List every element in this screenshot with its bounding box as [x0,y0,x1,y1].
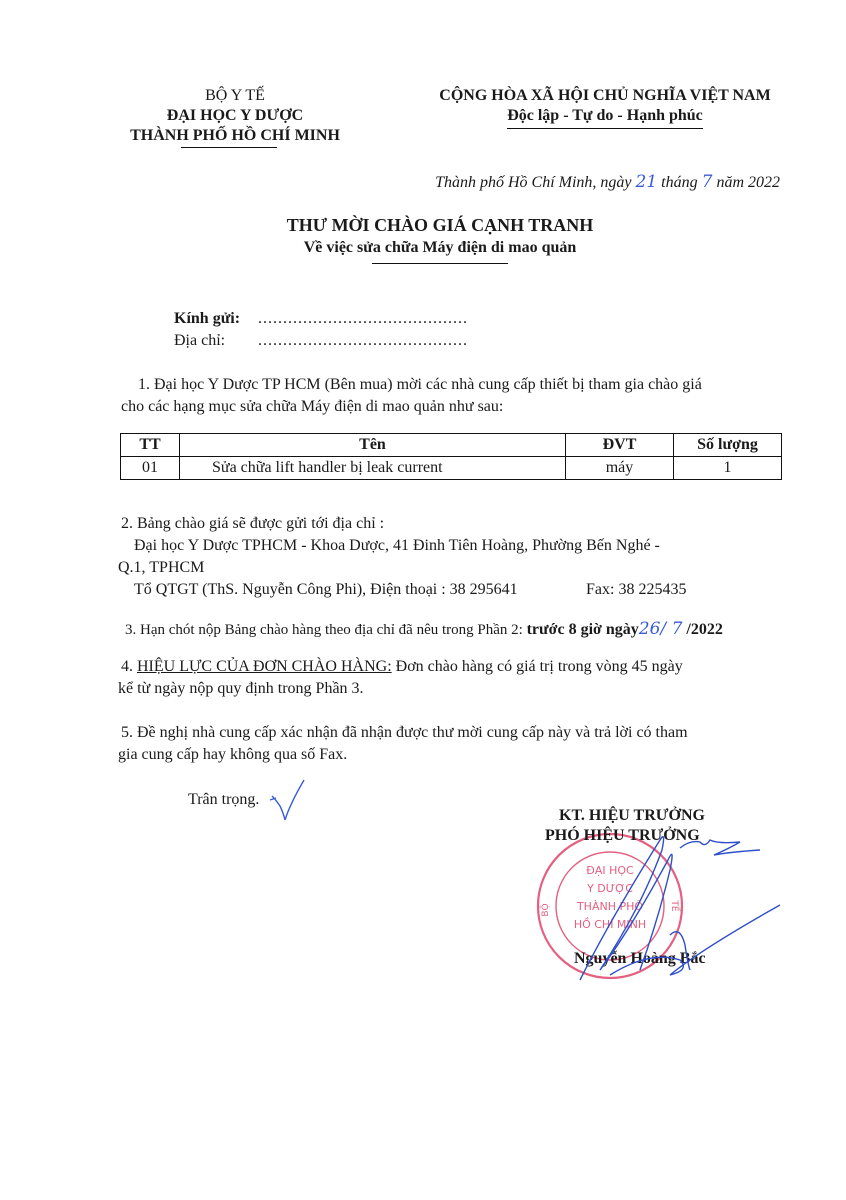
national-header: CỘNG HÒA XÃ HỘI CHỦ NGHĨA VIỆT NAM Độc l… [410,86,800,129]
cell-qty: 1 [674,457,782,480]
contact-phone: Tổ QTGT (ThS. Nguyễn Công Phi), Điện tho… [134,579,586,601]
address-blank: ........................................… [258,330,468,352]
header-left-rule [181,147,277,148]
national-motto: Độc lập - Tự do - Hạnh phúc [507,106,703,129]
place-date-line: Thành phố Hồ Chí Minh, ngày 21 tháng 7 n… [360,172,780,192]
section-4-heading: HIỆU LỰC CỦA ĐƠN CHÀO HÀNG: [137,658,392,675]
document-subtitle: Về việc sửa chữa Máy điện di mao quản [200,237,680,259]
col-header-name: Tên [180,434,566,457]
handwritten-deadline-month: 7 [672,619,683,639]
section-5: 5. Đề nghị nhà cung cấp xác nhận đã nhận… [118,722,808,766]
cell-name: Sửa chữa lift handler bị leak current [180,457,566,480]
title-block: THƯ MỜI CHÀO GIÁ CẠNH TRANH Về việc sửa … [200,213,680,264]
section-1-line1: 1. Đại học Y Dược TP HCM (Bên mua) mời c… [118,374,808,396]
handwritten-month: 7 [702,172,713,192]
col-header-qty: Số lượng [674,434,782,457]
to-label: Kính gửi: [174,308,258,330]
section-5-line2: gia cung cấp hay không qua số Fax. [118,744,808,766]
month-label: tháng [657,174,701,191]
section-4: 4. HIỆU LỰC CỦA ĐƠN CHÀO HÀNG: Đơn chào … [118,656,808,700]
year-label: năm 2022 [712,174,780,191]
recipient-block: Kính gửi: ..............................… [174,308,468,352]
section-3: 3. Hạn chót nộp Bảng chào hàng theo địa … [125,618,815,641]
document-title: THƯ MỜI CHÀO GIÁ CẠNH TRANH [200,213,680,237]
items-table: TT Tên ĐVT Số lượng 01 Sửa chữa lift han… [120,433,782,480]
country-name: CỘNG HÒA XÃ HỘI CHỦ NGHĨA VIỆT NAM [410,86,800,106]
university-name-line2: THÀNH PHỐ HỒ CHÍ MINH [110,126,360,146]
section-1-line2: cho các hạng mục sửa chữa Máy điện di ma… [118,396,808,418]
section-4-number: 4. [121,658,137,675]
deadline-year: /2022 [682,621,722,638]
cell-unit: máy [566,457,674,480]
section-2: 2. Bảng chào giá sẽ được gửi tới địa chỉ… [118,513,818,601]
section-4-line2: kể từ ngày nộp quy định trong Phần 3. [118,678,808,700]
table-row: 01 Sửa chữa lift handler bị leak current… [121,457,782,480]
section-2-heading: 2. Bảng chào giá sẽ được gửi tới địa chỉ… [118,513,818,535]
initial-check-icon [268,778,308,822]
section-2-address-line1: Đại học Y Dược TPHCM - Khoa Dược, 41 Đin… [118,535,818,557]
section-4-line1: Đơn chào hàng có giá trị trong vòng 45 n… [392,658,683,675]
col-header-tt: TT [121,434,180,457]
closing: Trân trọng. [188,791,259,809]
issuer-header: BỘ Y TẾ ĐẠI HỌC Y DƯỢC THÀNH PHỐ HỒ CHÍ … [110,86,360,148]
to-blank: ........................................… [258,308,468,330]
university-name-line1: ĐẠI HỌC Y DƯỢC [110,106,360,126]
section-5-line1: 5. Đề nghị nhà cung cấp xác nhận đã nhận… [118,722,808,744]
address-label: Địa chỉ: [174,330,258,352]
deadline-label: trước 8 giờ ngày [527,621,639,638]
handwritten-signature-icon [540,800,790,990]
contact-fax: Fax: 38 225435 [586,579,686,601]
table-header-row: TT Tên ĐVT Số lượng [121,434,782,457]
handwritten-deadline-day: 26 [639,619,661,639]
col-header-unit: ĐVT [566,434,674,457]
ministry-name: BỘ Y TẾ [110,86,360,106]
section-2-address-line2: Q.1, TPHCM [118,557,818,579]
cell-tt: 01 [121,457,180,480]
section-3-text: 3. Hạn chót nộp Bảng chào hàng theo địa … [125,622,527,638]
deadline-separator: / [660,619,671,639]
date-prefix: Thành phố Hồ Chí Minh, ngày [435,174,635,191]
title-rule [372,263,508,264]
section-1: 1. Đại học Y Dược TP HCM (Bên mua) mời c… [118,374,808,418]
handwritten-day: 21 [636,172,658,192]
